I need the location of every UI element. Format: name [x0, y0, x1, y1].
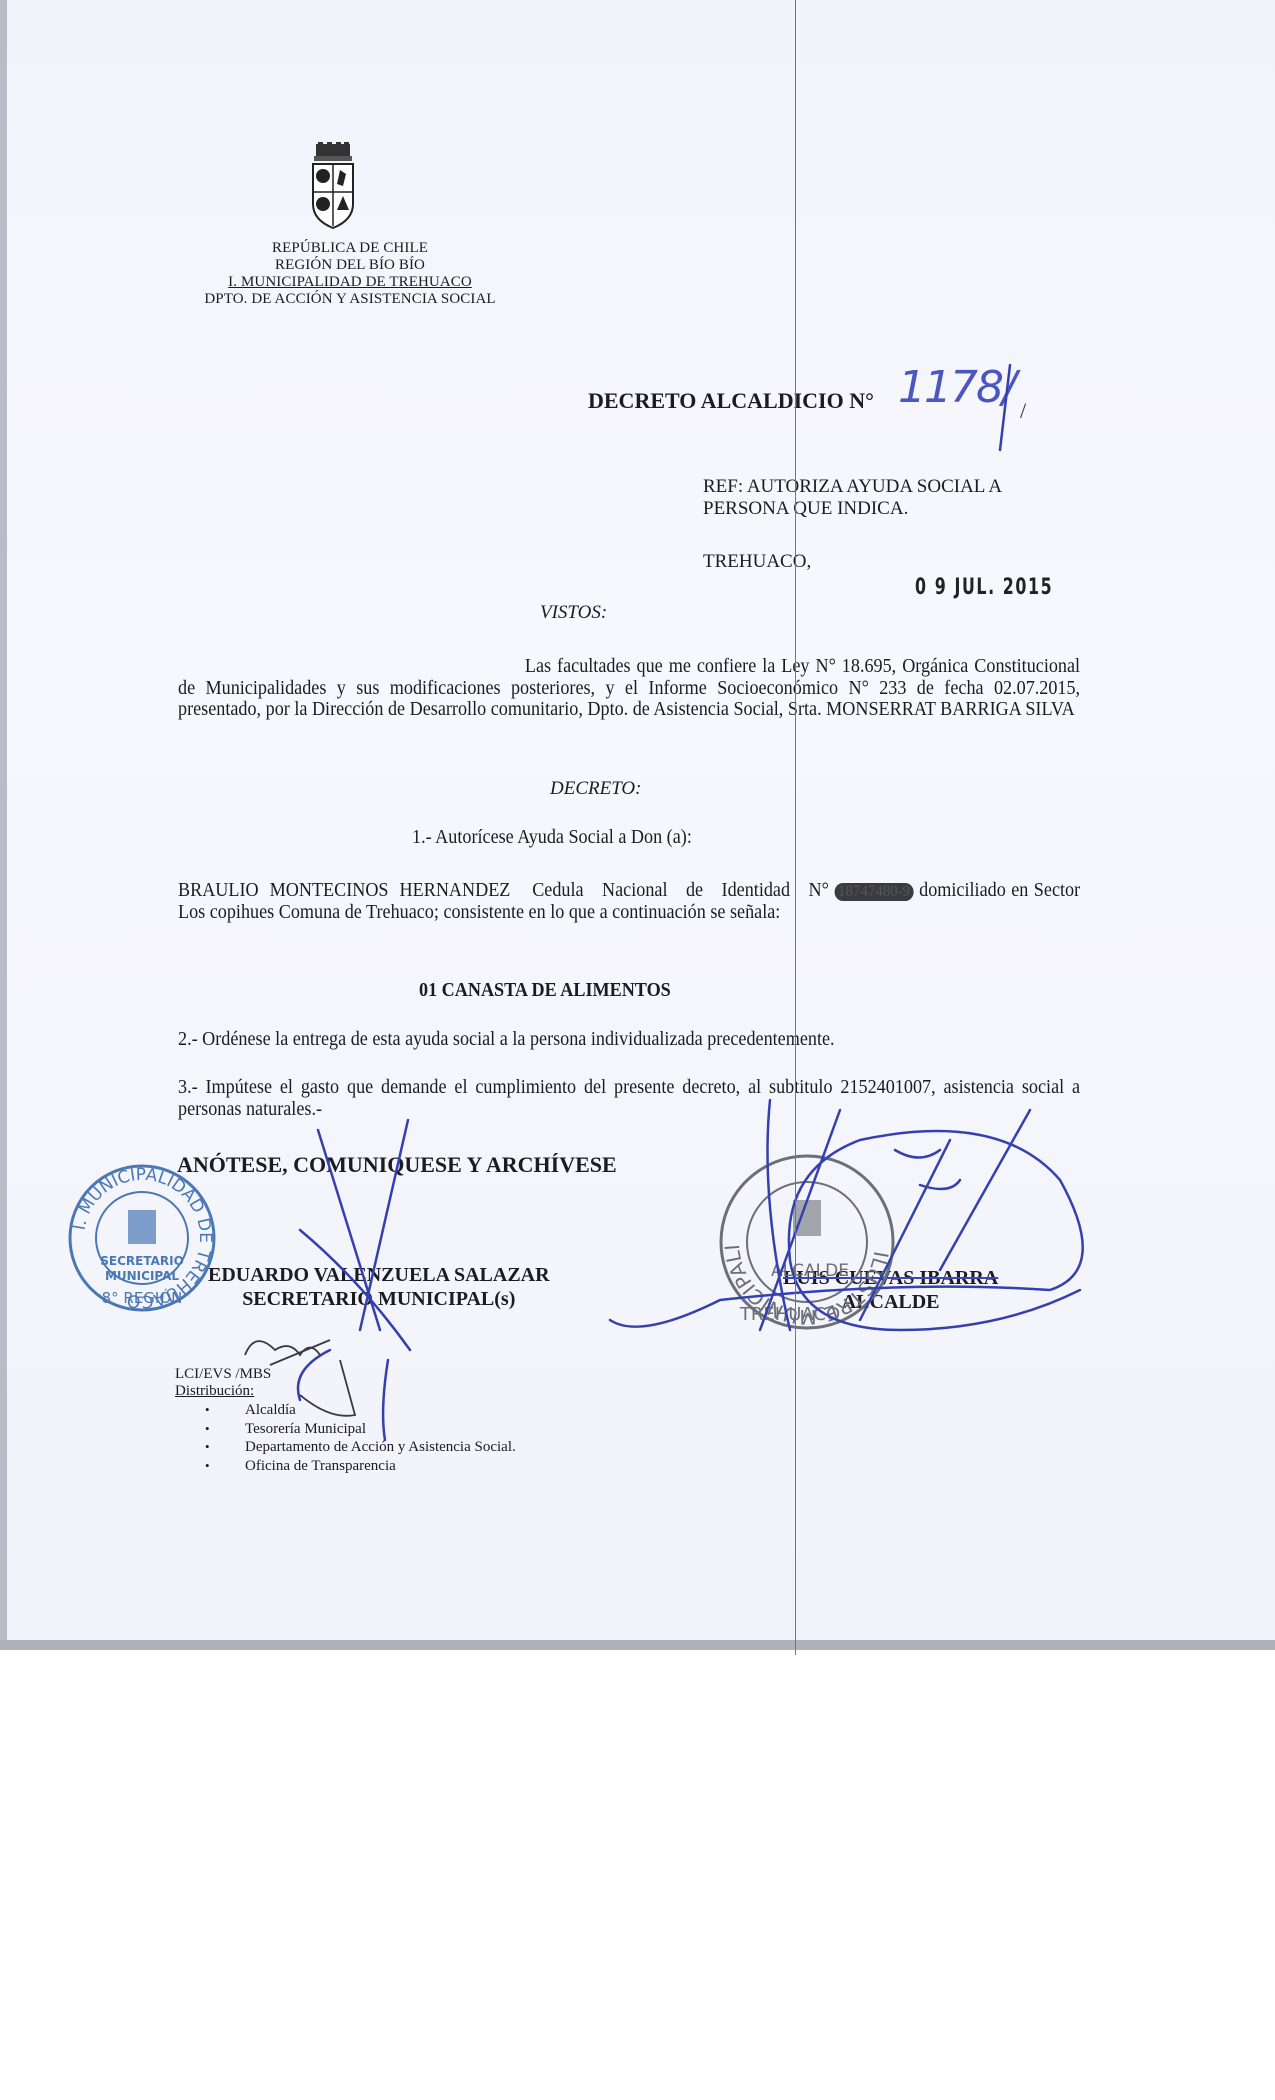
decree-item-2: 2.- Ordénese la entrega de esta ayuda so… [178, 1029, 1108, 1051]
distribution-list: Alcaldía Tesorería Municipal Departament… [205, 1401, 516, 1475]
decreto-heading: DECRETO: [550, 778, 641, 800]
author-initials: LCI/EVS /MBS [175, 1366, 271, 1383]
header-municipality: I. MUNICIPALIDAD DE TREHUACO [170, 274, 530, 291]
distribution-label: Distribución: [175, 1383, 254, 1400]
reference-line-1: REF: AUTORIZA AYUDA SOCIAL A [703, 476, 1002, 498]
distribution-item: Oficina de Transparencia [205, 1457, 516, 1476]
decree-trailing-mark: / [1020, 398, 1026, 424]
mayor-role: ALCALDE [783, 1290, 998, 1314]
reference-line-2: PERSONA QUE INDICA. [703, 498, 1002, 520]
page-edge [0, 1640, 1275, 1650]
decree-item-1: 1.- Autorícese Ayuda Social a Don (a): [412, 827, 692, 849]
vistos-heading: VISTOS: [540, 602, 607, 624]
mayor-signature-block: LUIS CUEVAS IBARRA ALCALDE [783, 1266, 998, 1314]
decree-item-3: 3.- Impútese el gasto que demande el cum… [178, 1077, 1080, 1120]
aid-item: 01 CANASTA DE ALIMENTOS [419, 980, 671, 1002]
mayor-name: LUIS CUEVAS IBARRA [783, 1266, 998, 1290]
header-country: REPÚBLICA DE CHILE [170, 240, 530, 257]
beneficiary-name: BRAULIO MONTECINOS HERNANDEZ [178, 880, 510, 901]
vistos-text: Las facultades que me confiere la Ley N°… [178, 656, 1080, 720]
closing-formula: ANÓTESE, COMUNIQUESE Y ARCHÍVESE [177, 1152, 617, 1178]
vistos-paragraph: Las facultades que me confiere la Ley N°… [178, 656, 1080, 721]
distribution-item: Departamento de Acción y Asistencia Soci… [205, 1438, 516, 1457]
distribution-item: Alcaldía [205, 1401, 516, 1420]
reference: REF: AUTORIZA AYUDA SOCIAL A PERSONA QUE… [703, 476, 1002, 520]
institution-header: REPÚBLICA DE CHILE REGIÓN DEL BÍO BÍO I.… [170, 240, 530, 308]
redacted-id-number: 18747480-9 [834, 883, 913, 901]
header-department: DPTO. DE ACCIÓN Y ASISTENCIA SOCIAL [170, 291, 530, 308]
coat-of-arms-icon [308, 142, 358, 230]
handwritten-decree-number: 1178/ [898, 362, 1015, 413]
secretary-signature-block: EDUARDO VALENZUELA SALAZAR SECRETARIO MU… [208, 1263, 550, 1311]
decree-title: DECRETO ALCALDICIO N° [588, 388, 874, 414]
secretary-role: SECRETARIO MUNICIPAL(s) [208, 1287, 550, 1311]
secretary-name: EDUARDO VALENZUELA SALAZAR [208, 1263, 550, 1287]
distribution-item: Tesorería Municipal [205, 1420, 516, 1439]
beneficiary-paragraph: BRAULIO MONTECINOS HERNANDEZ Cedula Naci… [178, 880, 1080, 923]
header-region: REGIÓN DEL BÍO BÍO [170, 257, 530, 274]
date-stamp: 0 9 JUL. 2015 [915, 575, 1053, 600]
scan-fold-line [795, 0, 796, 1655]
id-label: Cedula Nacional de Identidad N° [532, 880, 829, 901]
